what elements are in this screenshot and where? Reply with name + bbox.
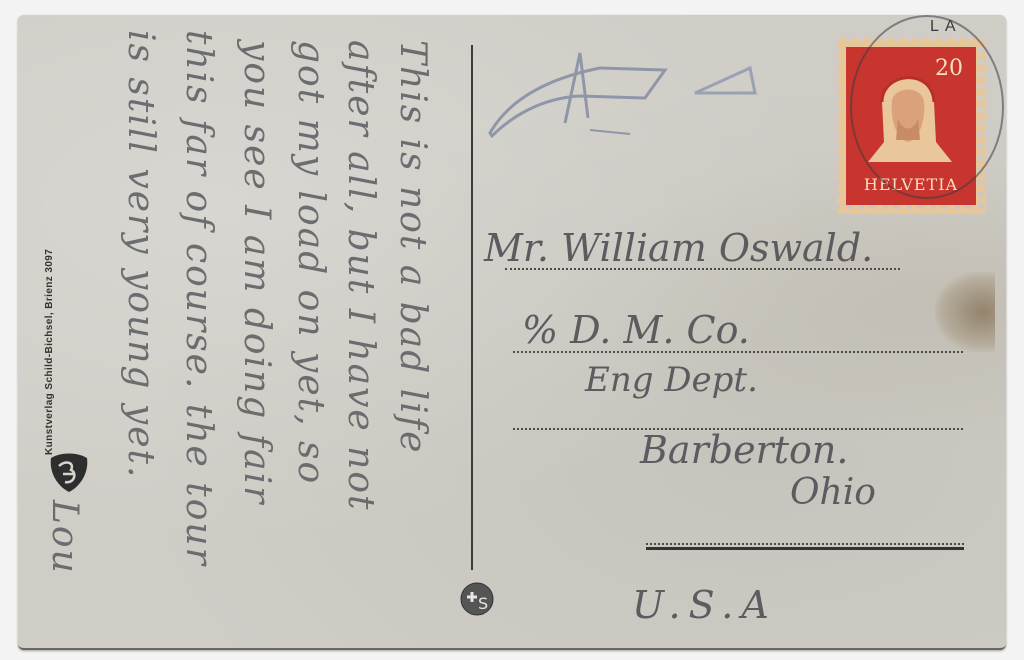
water-stain — [935, 272, 995, 352]
publisher-shield-logo-icon — [47, 452, 91, 494]
svg-text:S: S — [478, 594, 488, 613]
message-line-6: is still very young yet. — [120, 30, 161, 479]
address-rule-4 — [646, 543, 964, 545]
address-department: Eng Dept. — [585, 360, 758, 400]
address-name: Mr. William Oswald. — [484, 226, 873, 270]
message-line-5: this far of course. the tour — [178, 30, 219, 567]
center-divider — [471, 45, 473, 570]
message-line-4: you see I am doing fair — [236, 40, 277, 505]
message-line-1: This is not a bad life — [392, 40, 433, 454]
message-line-2: after all, but I have not — [340, 40, 381, 511]
postmark-ring — [850, 15, 1004, 199]
pencil-scribble — [480, 38, 770, 138]
address-city: Barberton. — [640, 428, 848, 472]
message-line-3: got my load on yet, so — [290, 40, 331, 485]
postmark-text: LA — [930, 18, 962, 36]
publisher-imprint: Kunstverlag Schild-Bichsel, Brienz 3097 — [44, 175, 55, 455]
address-state: Ohio — [790, 472, 876, 513]
address-rule-solid — [646, 547, 964, 550]
address-care-of: % D. M. Co. — [522, 308, 750, 352]
message-signature: Lou — [44, 500, 85, 575]
address-country: U.S.A — [632, 583, 777, 627]
swiss-cross-s-emblem-icon: S — [459, 581, 495, 617]
